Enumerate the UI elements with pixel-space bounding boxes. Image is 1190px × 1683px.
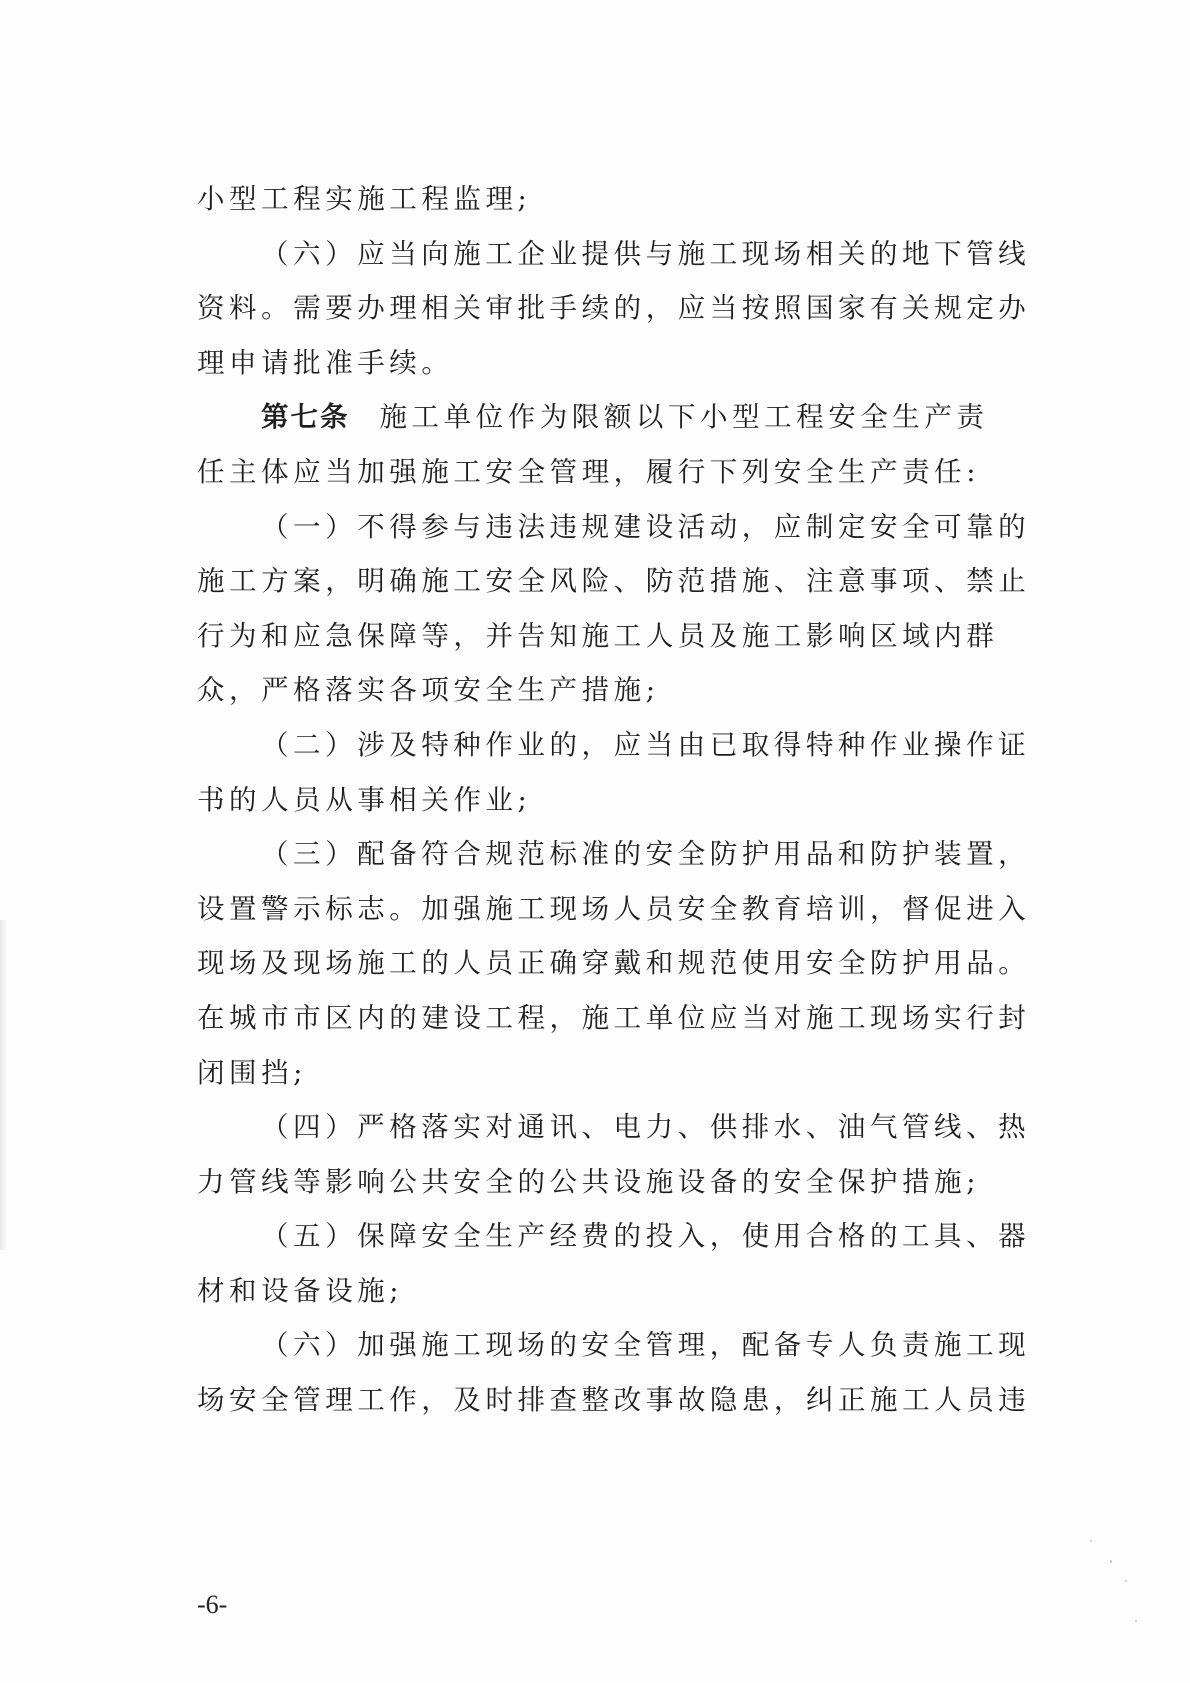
text-line: 力管线等影响公共安全的公共设施设备的安全保护措施; <box>197 1155 1007 1210</box>
page-number: -6- <box>197 1590 227 1620</box>
list-item-5-start: （五）保障安全生产经费的投入，使用合格的工具、器 <box>197 1209 1007 1264</box>
list-item-4-start: （四）严格落实对通讯、电力、供排水、油气管线、热 <box>197 1100 1007 1155</box>
text-line: 设置警示标志。加强施工现场人员安全教育培训，督促进入 <box>197 882 1007 937</box>
text-line: 施工方案，明确施工安全风险、防范措施、注意事项、禁止 <box>197 554 1007 609</box>
text-line: 理申请批准手续。 <box>197 336 1007 391</box>
document-body: 小型工程实施工程监理; （六）应当向施工企业提供与施工现场相关的地下管线 资料。… <box>197 172 1007 1428</box>
text-line: 现场及现场施工的人员正确穿戴和规范使用安全防护用品。 <box>197 936 1007 991</box>
article-7-start: 第七条施工单位作为限额以下小型工程安全生产责 <box>197 390 1007 445</box>
scan-speck <box>1110 1560 1112 1563</box>
text-line: 场安全管理工作，及时排查整改事故隐患，纠正施工人员违 <box>197 1373 1007 1428</box>
text-line: 资料。需要办理相关审批手续的，应当按照国家有关规定办 <box>197 281 1007 336</box>
text-line: 在城市市区内的建设工程，施工单位应当对施工现场实行封 <box>197 991 1007 1046</box>
text-line: 书的人员从事相关作业; <box>197 773 1007 828</box>
scan-shadow-edge <box>0 920 6 1250</box>
list-item-6-start: （六）应当向施工企业提供与施工现场相关的地下管线 <box>197 227 1007 282</box>
document-page: 小型工程实施工程监理; （六）应当向施工企业提供与施工现场相关的地下管线 资料。… <box>0 0 1190 1683</box>
list-item-6b-start: （六）加强施工现场的安全管理，配备专人负责施工现 <box>197 1318 1007 1373</box>
text-line: 闭围挡; <box>197 1046 1007 1101</box>
article-heading: 第七条 <box>261 401 350 433</box>
list-item-3-start: （三）配备符合规范标准的安全防护用品和防护装置， <box>197 827 1007 882</box>
list-item-2-start: （二）涉及特种作业的，应当由已取得特种作业操作证 <box>197 718 1007 773</box>
text-line: 行为和应急保障等，并告知施工人员及施工影响区域内群 <box>197 609 1007 664</box>
scan-speck <box>1125 1580 1127 1582</box>
text-line: 小型工程实施工程监理; <box>197 172 1007 227</box>
scan-speck <box>1090 1540 1092 1542</box>
article-text: 施工单位作为限额以下小型工程安全生产责 <box>380 401 989 433</box>
text-line: 材和设备设施; <box>197 1264 1007 1319</box>
text-line: 众，严格落实各项安全生产措施; <box>197 663 1007 718</box>
scan-speck <box>1135 1620 1137 1622</box>
list-item-1-start: （一）不得参与违法违规建设活动，应制定安全可靠的 <box>197 500 1007 555</box>
text-line: 任主体应当加强施工安全管理，履行下列安全生产责任: <box>197 445 1007 500</box>
